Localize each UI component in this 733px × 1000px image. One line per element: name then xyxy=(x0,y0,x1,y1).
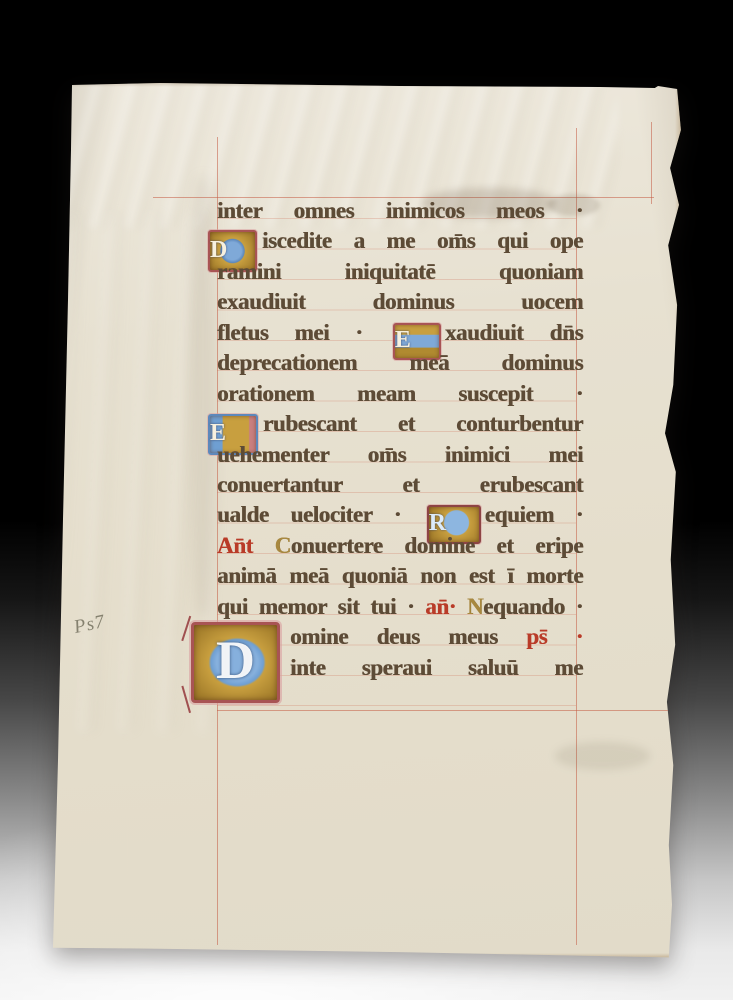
body-text: omine deus meus xyxy=(290,624,526,649)
text-line: An̄t Conuertere domine et eripe xyxy=(217,531,583,561)
text-line: Discedite a me om̄s qui ope xyxy=(217,226,583,256)
body-text: orationem meam suscepit · xyxy=(217,381,583,406)
text-line: ualde uelociter · Requiem · xyxy=(217,500,583,530)
text-line: uehementer om̄s inimici mei xyxy=(217,440,583,470)
body-text: equiem · xyxy=(485,502,583,527)
body-text: conuertantur et erubescant xyxy=(217,472,583,497)
text-line: deprecationem meā dominus xyxy=(217,348,583,378)
text-line: conuertantur et erubescant xyxy=(217,470,583,500)
illuminated-initial-d-large: D xyxy=(191,622,280,703)
washed-capital: N xyxy=(467,594,483,619)
washed-capital: C xyxy=(275,533,291,558)
body-text: xaudiuit dn̄s xyxy=(445,320,583,345)
text-line: inter omnes inimicos meos · xyxy=(217,196,583,226)
body-text: rubescant et conturbentur xyxy=(263,411,583,436)
body-text: equando · xyxy=(483,594,583,619)
text-line: exaudiuit dominus uocem xyxy=(217,287,583,317)
body-text: exaudiuit dominus uocem xyxy=(217,289,583,314)
body-text: inte speraui saluū me xyxy=(290,655,583,680)
rubric-text: An̄t xyxy=(217,533,275,558)
body-text: uehementer om̄s inimici mei xyxy=(217,442,583,467)
body-text: fletus mei · xyxy=(217,320,389,345)
text-block: D inter omnes inimicos meos ·Discedite a… xyxy=(217,196,583,683)
text-line: qui memor sit tui · an̄· Nequando · xyxy=(217,592,583,622)
text-line: ramini iniquitatē quoniam xyxy=(217,257,583,287)
text-line: Erubescant et conturbentur xyxy=(217,409,583,439)
rubric-text: ps̄ · xyxy=(526,624,583,649)
body-text: animā meā quoniā non est ī morte xyxy=(217,563,583,588)
body-text: ramini iniquitatē quoniam xyxy=(217,259,583,284)
body-text: qui memor sit tui · xyxy=(217,594,425,619)
body-text: onuertere domine et eripe xyxy=(291,533,583,558)
rubric-text: an̄· xyxy=(425,594,467,619)
ruling-horizontal-bottom xyxy=(217,710,690,711)
body-text: deprecationem meā dominus xyxy=(217,350,583,375)
body-text: ualde uelociter · xyxy=(217,502,423,527)
body-text: inter omnes inimicos meos · xyxy=(217,198,583,223)
manuscript-leaf-wrap: D inter omnes inimicos meos ·Discedite a… xyxy=(50,82,686,960)
body-text: iscedite a me om̄s qui ope xyxy=(262,228,583,253)
photo-background: D inter omnes inimicos meos ·Discedite a… xyxy=(0,0,733,1000)
text-line: animā meā quoniā non est ī morte xyxy=(217,561,583,591)
text-line: orationem meam suscepit · xyxy=(217,379,583,409)
manuscript-leaf: D inter omnes inimicos meos ·Discedite a… xyxy=(50,82,686,960)
stain-lower-margin xyxy=(555,742,650,770)
ruling-vertical-margin xyxy=(651,122,652,204)
text-line: fletus mei · Exaudiuit dn̄s xyxy=(217,318,583,348)
